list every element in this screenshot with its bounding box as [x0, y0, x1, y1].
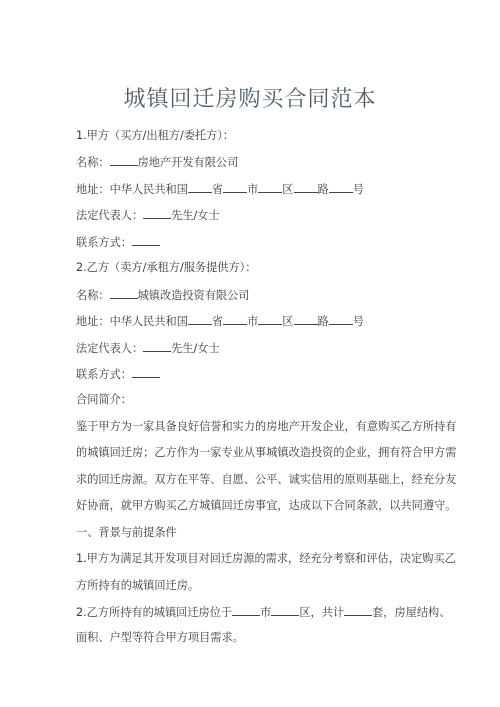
address-road: 路	[318, 183, 329, 196]
address-district: 区	[282, 183, 293, 196]
party-a-heading: 1.甲方（买方/出租方/委托方）：	[76, 128, 428, 144]
address-district: 区	[282, 315, 293, 328]
clause-2-line: 面积、户型等符合甲方项目需求。	[76, 630, 428, 646]
address-city: 市	[247, 315, 258, 328]
blank	[271, 604, 299, 616]
blank	[294, 313, 318, 325]
blank	[223, 313, 247, 325]
blank	[232, 604, 260, 616]
party-a-name-suffix: 房地产开发有限公司	[138, 156, 239, 169]
party-b-name-suffix: 城镇改造投资有限公司	[138, 289, 250, 302]
party-a-name-label: 名称：	[76, 156, 110, 169]
clause-2-line: 2.乙方所持有的城镇回迁房位于市区，共计套，房屋结构、	[76, 604, 428, 621]
blank	[132, 366, 160, 378]
party-b-address: 地址：中华人民共和国省市区路号	[76, 313, 428, 330]
party-b-name: 名称：城镇改造投资有限公司	[76, 287, 428, 304]
blank	[344, 604, 372, 616]
clause-1-line: 1.甲方为满足其开发项目对回迁房源的需求，经充分考察和评估，决定购买乙	[76, 551, 428, 567]
address-number: 号	[353, 315, 364, 328]
blank	[188, 313, 212, 325]
blank	[110, 287, 138, 299]
blank	[132, 234, 160, 246]
party-a-name-blank	[110, 154, 138, 166]
clause-2-district: 区，共计	[299, 606, 344, 619]
party-b-representative: 法定代表人：先生/女士	[76, 340, 428, 357]
rep-suffix: 先生/女士	[171, 209, 220, 222]
blank	[143, 340, 171, 352]
party-b-address-label: 地址：中华人民共和国	[76, 315, 188, 328]
address-city: 市	[247, 183, 258, 196]
contact-label: 联系方式：	[76, 236, 132, 249]
clause-2-units: 套，房屋结构、	[372, 606, 450, 619]
rep-label: 法定代表人：	[76, 209, 143, 222]
party-a-address-label: 地址：中华人民共和国	[76, 183, 188, 196]
section-1-heading: 一、背景与前提条件	[76, 525, 428, 541]
party-a-contact: 联系方式：	[76, 234, 428, 251]
rep-suffix: 先生/女士	[171, 342, 220, 355]
party-a-address: 地址：中华人民共和国省市区路号	[76, 181, 428, 198]
contact-label: 联系方式：	[76, 368, 132, 381]
intro-line: 鉴于甲方为一家具备良好信誉和实力的房地产开发企业，有意购买乙方所持有	[76, 419, 428, 435]
clause-1-line: 方所持有的城镇回迁房。	[76, 578, 428, 594]
blank	[258, 313, 282, 325]
blank	[329, 181, 353, 193]
blank	[188, 181, 212, 193]
party-a-representative: 法定代表人：先生/女士	[76, 207, 428, 224]
document-page: 城镇回迁房购买合同范本 1.甲方（买方/出租方/委托方）： 名称：房地产开发有限…	[0, 0, 500, 707]
rep-label: 法定代表人：	[76, 342, 143, 355]
party-b-name-label: 名称：	[76, 289, 110, 302]
blank	[143, 207, 171, 219]
blank	[329, 313, 353, 325]
party-b-heading: 2.乙方（卖方/承租方/服务提供方）：	[76, 260, 428, 276]
address-road: 路	[318, 315, 329, 328]
blank	[258, 181, 282, 193]
intro-heading: 合同简介：	[76, 392, 428, 408]
blank	[223, 181, 247, 193]
intro-line: 求的回迁房源。双方在平等、自愿、公平、诚实信用的原则基础上，经充分友	[76, 472, 428, 488]
intro-line: 的城镇回迁房；乙方作为一家专业从事城镇改造投资的企业，拥有符合甲方需	[76, 445, 428, 461]
party-b-contact: 联系方式：	[76, 366, 428, 383]
address-province: 省	[212, 315, 223, 328]
intro-line: 好协商，就甲方购买乙方城镇回迁房事宜，达成以下合同条款，以共同遵守。	[76, 498, 428, 514]
blank	[294, 181, 318, 193]
clause-2-city: 市	[260, 606, 271, 619]
address-province: 省	[212, 183, 223, 196]
party-a-name: 名称：房地产开发有限公司	[76, 154, 428, 171]
document-title: 城镇回迁房购买合同范本	[0, 86, 500, 114]
address-number: 号	[353, 183, 364, 196]
clause-2-prefix: 2.乙方所持有的城镇回迁房位于	[76, 606, 232, 619]
